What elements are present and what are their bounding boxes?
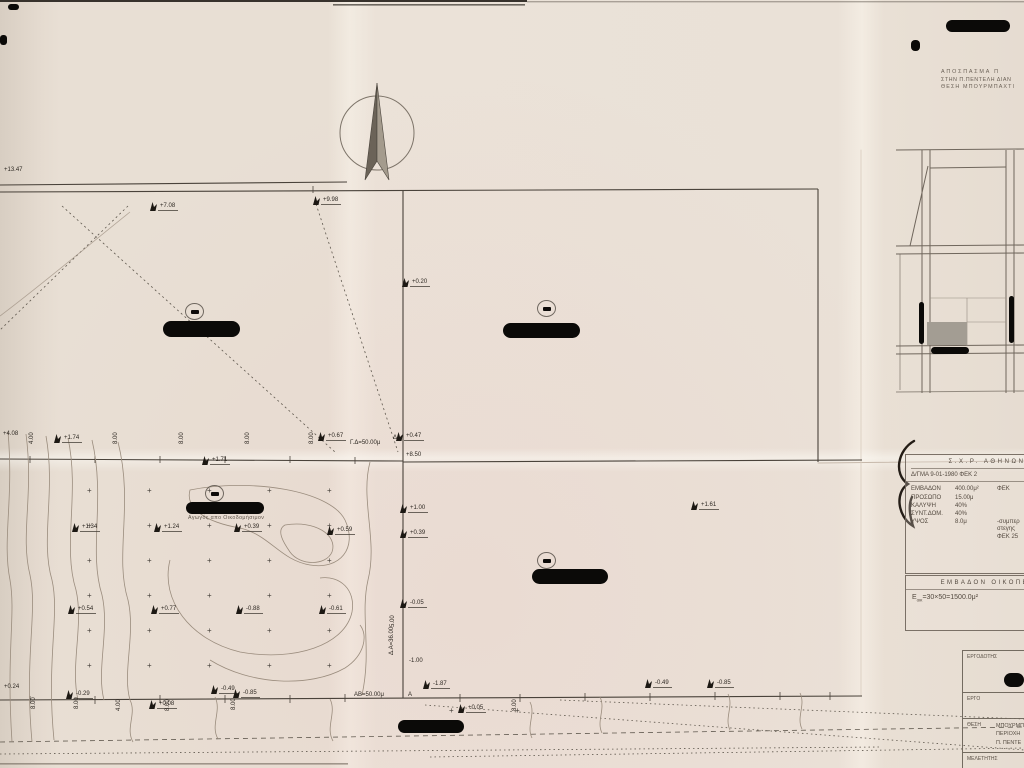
survey-label: 8.00 — [74, 694, 81, 711]
redaction-bar — [946, 20, 1010, 32]
redaction-bar — [931, 347, 969, 354]
plot-number-redacted-circle — [537, 552, 556, 569]
survey-label: 8.00 — [309, 429, 316, 446]
redaction-bar — [503, 323, 580, 338]
elevation-marker: +0.39 — [233, 522, 262, 532]
survey-grid-cross: + — [267, 522, 272, 530]
title-block-row: ΕΡΓΟ — [963, 693, 1024, 719]
benchmark-flag-icon — [399, 528, 408, 538]
redaction-mark — [543, 307, 551, 311]
survey-grid-cross: + — [267, 487, 272, 495]
drawing-linework — [0, 0, 1024, 768]
survey-grid-cross: + — [327, 627, 332, 635]
elevation-marker: +1.24 — [153, 522, 182, 532]
elevation-marker: +1.61 — [690, 500, 719, 510]
highlighted-parcel — [927, 322, 967, 345]
regulations-title: Σ.Χ.Ρ. ΑΘΗΝΩΝ — [911, 458, 1024, 469]
survey-label: 8.00 — [245, 429, 252, 446]
plot-number-redacted-circle — [205, 485, 224, 502]
reg-label: ΠΡΟΣΩΠΟ — [911, 494, 955, 502]
elevation-marker: -0.61 — [318, 604, 346, 614]
survey-grid-cross: + — [327, 662, 332, 670]
survey-grid-cross: + — [449, 707, 454, 715]
benchmark-flag-icon — [233, 522, 242, 532]
redaction-bar — [911, 40, 920, 51]
survey-grid-cross: + — [267, 627, 272, 635]
survey-label: +0.24 — [2, 684, 22, 691]
benchmark-flag-icon — [149, 201, 158, 211]
regulation-row: ΣΥΝΤ.ΔΟΜ. 40% — [911, 510, 1024, 518]
area-formula: Εοικ=30×50=1500.0μ² — [912, 594, 1024, 602]
reg-label: ΕΜΒΑΔΟΝ — [911, 485, 955, 493]
redaction-bar — [8, 4, 19, 10]
reg-value: 8.0μ — [955, 518, 997, 526]
redaction-mark — [191, 310, 199, 314]
scanned-survey-drawing: ΑΠΟΣΠΑΣΜΑ Π ΣΤΗΝ Π.ΠΕΝΤΕΛΗ ΔΙΑΝ ΘΕΣΗ ΜΠΟ… — [0, 0, 1024, 768]
regulation-row: ΚΑΛΥΨΗ 40% — [911, 502, 1024, 510]
redaction-bar — [532, 569, 608, 584]
conduit-note: Αγωγός απο Οικοδομήσιμον — [188, 515, 264, 521]
survey-label: Δ — [391, 435, 400, 442]
redaction-mark — [211, 492, 219, 496]
survey-label: 5.00 — [390, 612, 397, 629]
area-title: ΕΜΒΑΔΟΝ ΟΙΚΟΠΕΔ — [906, 580, 1024, 590]
survey-label: 4.00 — [29, 429, 36, 446]
survey-grid-cross: + — [87, 592, 92, 600]
survey-grid-cross: + — [147, 627, 152, 635]
reg-value: 40% — [955, 510, 997, 518]
elevation-marker: +0.67 — [317, 431, 346, 441]
elevation-marker: +0.05 — [457, 703, 486, 713]
elevation-marker: +0.20 — [401, 277, 430, 287]
survey-grid-cross: + — [207, 557, 212, 565]
regulation-row: ΕΜΒΑΔΟΝ 400.00μ² ΦΕΚ — [911, 485, 1024, 493]
excerpt-line: ΣΤΗΝ Π.ΠΕΝΤΕΛΗ ΔΙΑΝ — [941, 77, 1015, 85]
redaction-bar — [163, 321, 240, 337]
elevation-marker: +1.34 — [71, 522, 100, 532]
benchmark-flag-icon — [148, 699, 157, 709]
reg-extra: -συμπερ — [997, 518, 1020, 526]
building-regulations-table: Σ.Χ.Ρ. ΑΘΗΝΩΝ Δ/ΓΜΑ 9-01-1980 ΦΕΚ 2 ΕΜΒΑ… — [905, 454, 1024, 574]
regulations-decree: Δ/ΓΜΑ 9-01-1980 ΦΕΚ 2 — [911, 471, 1024, 479]
survey-grid-cross: + — [207, 627, 212, 635]
redaction-mark — [543, 559, 551, 563]
elevation-marker: +0.39 — [399, 528, 428, 538]
survey-grid-cross: + — [147, 662, 152, 670]
redaction-bar — [1009, 296, 1014, 343]
survey-grid-cross: + — [207, 522, 212, 530]
reg-label: ΥΨΟΣ — [911, 518, 955, 526]
north-arrow-icon — [340, 83, 414, 180]
survey-grid-cross: + — [267, 592, 272, 600]
divider — [906, 481, 1024, 482]
title-block-row: ΜΕΛΕΤΗΤΗΣ — [963, 753, 1024, 768]
benchmark-flag-icon — [67, 604, 76, 614]
redaction-bar — [398, 720, 464, 733]
redaction-bar — [186, 502, 264, 514]
reg-value: 400.00μ² — [955, 485, 997, 493]
survey-label: +13.47 — [2, 167, 26, 174]
redaction-bar — [919, 302, 924, 344]
contour-lines — [0, 212, 802, 742]
survey-grid-cross: + — [207, 662, 212, 670]
benchmark-flag-icon — [210, 684, 219, 694]
reg-label: ΚΑΛΥΨΗ — [911, 502, 955, 510]
survey-grid-cross: + — [147, 557, 152, 565]
survey-label: 8.00 — [231, 695, 238, 712]
benchmark-flag-icon — [399, 503, 408, 513]
survey-label: 8.00 — [179, 429, 186, 446]
title-block-label: ΘΕΣΗ — [967, 722, 981, 728]
scan-edge-marks — [0, 0, 1024, 765]
benchmark-flag-icon — [422, 679, 431, 689]
title-block-value: ΜΠΟΥΡΜΠ ΠΕΡΙΟΧΗ Π. ΠΕΝΤΕ — [996, 722, 1024, 747]
elevation-marker: -1.87 — [422, 679, 450, 689]
regulation-row: ΠΡΟΣΩΠΟ 15.00μ — [911, 494, 1024, 502]
benchmark-flag-icon — [53, 433, 62, 443]
survey-grid-cross: + — [87, 627, 92, 635]
elevation-marker: +0.54 — [67, 604, 96, 614]
title-block-label: ΕΡΓΟΔΟΤΗΣ — [967, 654, 997, 660]
benchmark-flag-icon — [318, 604, 327, 614]
elevation-marker: -0.49 — [644, 678, 672, 688]
survey-grid-cross: + — [87, 662, 92, 670]
benchmark-flag-icon — [317, 431, 326, 441]
benchmark-flag-icon — [326, 525, 335, 535]
benchmark-flag-icon — [399, 598, 408, 608]
benchmark-flag-icon — [690, 500, 699, 510]
regulation-row: ΥΨΟΣ 8.0μ -συμπερ — [911, 518, 1024, 526]
survey-label: 4.00 — [116, 696, 123, 713]
benchmark-flag-icon — [65, 689, 74, 699]
survey-label: 8.00 — [113, 429, 120, 446]
excerpt-line: ΘΕΣΗ ΜΠΟΥΡΜΠΑΧΤΙ — [941, 84, 1015, 92]
location-line: Π. ΠΕΝΤΕ — [996, 740, 1021, 746]
benchmark-flag-icon — [401, 277, 410, 287]
parcel-boundaries — [0, 182, 862, 700]
plot-number-redacted-circle — [537, 300, 556, 317]
plot-number-redacted-circle — [185, 303, 204, 320]
survey-label: -1.00 — [407, 658, 426, 665]
redaction-bar — [0, 35, 7, 45]
survey-grid-cross: + — [327, 557, 332, 565]
redaction-bar — [1004, 673, 1024, 687]
title-block-label: ΜΕΛΕΤΗΤΗΣ — [967, 756, 998, 762]
survey-label: Α — [406, 692, 415, 699]
elevation-marker: +0.77 — [150, 604, 179, 614]
location-inset-map — [896, 149, 1024, 393]
benchmark-flag-icon — [312, 195, 321, 205]
survey-grid-cross: + — [267, 557, 272, 565]
formula-value: =30×50=1500.0μ² — [922, 594, 978, 601]
survey-grid-cross: + — [267, 662, 272, 670]
benchmark-flag-icon — [644, 678, 653, 688]
survey-grid-cross: + — [147, 487, 152, 495]
benchmark-flag-icon — [201, 455, 210, 465]
elevation-marker: +1.71 — [201, 455, 230, 465]
elevation-marker: +1.00 — [399, 503, 428, 513]
survey-label: +4.08 — [1, 431, 21, 438]
excerpt-note: ΑΠΟΣΠΑΣΜΑ Π ΣΤΗΝ Π.ΠΕΝΤΕΛΗ ΔΙΑΝ ΘΕΣΗ ΜΠΟ… — [941, 69, 1015, 92]
survey-label: 8.00 — [165, 696, 172, 713]
survey-label: 8.00 — [31, 694, 38, 711]
reg-extra: ΦΕΚ — [997, 485, 1010, 493]
elevation-marker: -0.88 — [235, 604, 263, 614]
location-line: ΜΠΟΥΡΜΠ — [996, 723, 1024, 729]
plot-area-box: ΕΜΒΑΔΟΝ ΟΙΚΟΠΕΔ Εοικ=30×50=1500.0μ² — [905, 575, 1024, 631]
survey-grid-cross: + — [327, 487, 332, 495]
elevation-marker: +1.74 — [53, 433, 82, 443]
survey-label: ΑΒ=50.00μ — [352, 692, 387, 699]
elevation-marker: +0.59 — [326, 525, 355, 535]
reg-label: ΣΥΝΤ.ΔΟΜ. — [911, 510, 955, 518]
elevation-marker: +0.08 — [148, 699, 177, 709]
reg-value: 15.00μ — [955, 494, 997, 502]
survey-grid-cross: + — [327, 592, 332, 600]
height-note-line: ΦΕΚ 25 — [997, 534, 1018, 540]
survey-grid-cross: + — [87, 557, 92, 565]
elevation-marker: +7.08 — [149, 201, 178, 211]
title-block-label: ΕΡΓΟ — [967, 696, 980, 702]
height-note: στεγης ΦΕΚ 25 — [997, 526, 1024, 541]
title-block: ΕΡΓΟΔΟΤΗΣ ΕΡΓΟ ΘΕΣΗ ΜΠΟΥΡΜΠ ΠΕΡΙΟΧΗ Π. Π… — [962, 650, 1024, 768]
survey-label: +8.50 — [404, 452, 424, 459]
survey-label: Γ.Δ=50.00μ — [348, 440, 383, 447]
benchmark-flag-icon — [235, 604, 244, 614]
location-line: ΠΕΡΙΟΧΗ — [996, 731, 1020, 737]
benchmark-flag-icon — [457, 703, 466, 713]
title-block-row: ΘΕΣΗ ΜΠΟΥΡΜΠ ΠΕΡΙΟΧΗ Π. ΠΕΝΤΕ — [963, 719, 1024, 753]
benchmark-flag-icon — [706, 678, 715, 688]
survey-grid-cross: + — [147, 592, 152, 600]
dotted-lines — [0, 204, 1024, 757]
excerpt-line: ΑΠΟΣΠΑΣΜΑ Π — [941, 69, 1015, 77]
benchmark-flag-icon — [71, 522, 80, 532]
survey-grid-cross: + — [87, 487, 92, 495]
survey-label: 8.00 — [512, 696, 519, 713]
elevation-marker: -0.05 — [399, 598, 427, 608]
elevation-marker: +9.98 — [312, 195, 341, 205]
benchmark-flag-icon — [153, 522, 162, 532]
survey-grid-cross: + — [147, 522, 152, 530]
elevation-marker: -0.85 — [706, 678, 734, 688]
benchmark-flag-icon — [150, 604, 159, 614]
height-note-line: στεγης — [997, 526, 1015, 532]
reg-value: 40% — [955, 502, 997, 510]
survey-grid-cross: + — [207, 592, 212, 600]
